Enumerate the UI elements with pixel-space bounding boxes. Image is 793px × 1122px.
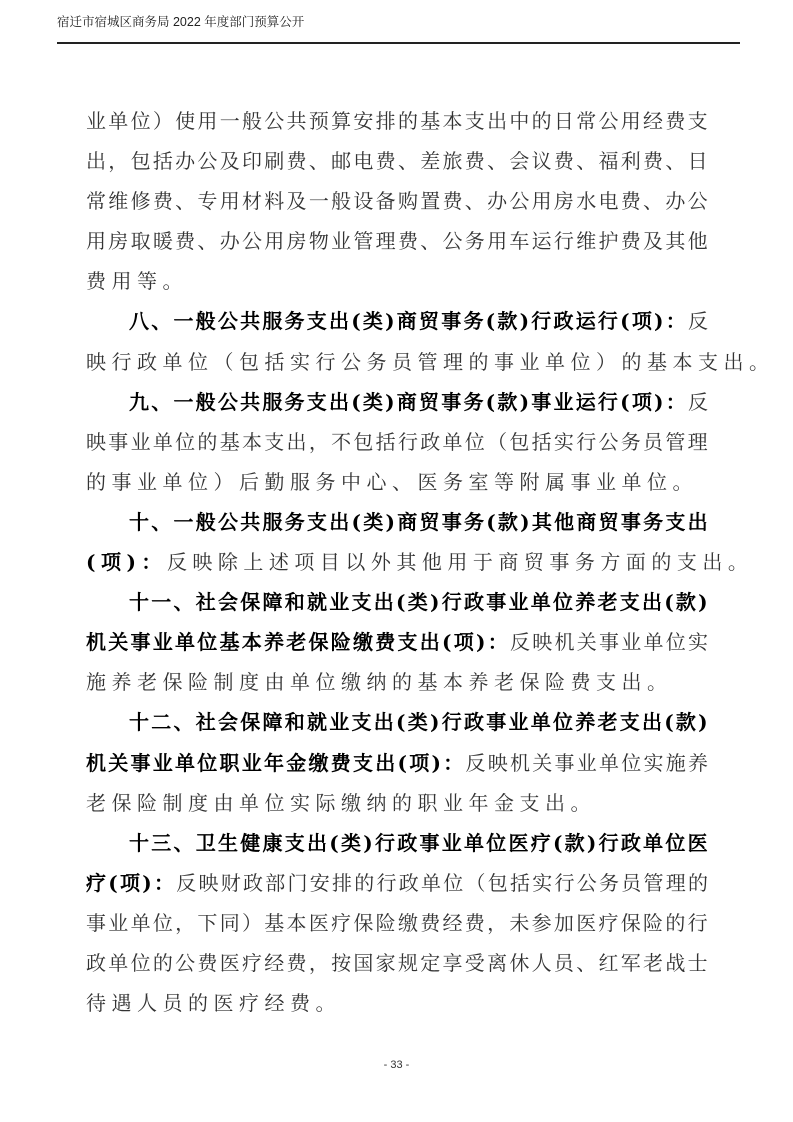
glyph: 养 xyxy=(575,582,595,622)
glyph: 排 xyxy=(376,101,396,141)
glyph: 就 xyxy=(307,582,327,622)
glyph: 、 xyxy=(576,141,596,181)
glyph: 出 xyxy=(86,141,106,181)
text-line: 政单位的公费医疗经费，按国家规定享受离休人员、红军老战士 xyxy=(86,943,708,983)
glyph: 业 xyxy=(331,221,351,261)
glyph: 、 xyxy=(398,141,418,181)
glyph: 设 xyxy=(353,181,373,221)
glyph: 会 xyxy=(509,141,529,181)
glyph: 单 xyxy=(108,943,128,983)
glyph: 家 xyxy=(376,943,396,983)
glyph: 下 xyxy=(197,903,217,943)
paragraph-item-13: 十三、卫生健康支出(类)行政事业单位医疗(款)行政单位医 疗(项)：反映财政部门… xyxy=(86,823,708,1023)
glyph: 本 xyxy=(287,903,307,943)
glyph: 务 xyxy=(285,502,305,542)
glyph: ) xyxy=(698,702,707,742)
glyph: 办 xyxy=(175,141,195,181)
glyph: 公 xyxy=(509,181,529,221)
glyph: 员 xyxy=(643,422,663,462)
glyph: 及 xyxy=(643,221,663,261)
glyph: 医 xyxy=(688,823,708,863)
glyph: ) xyxy=(520,382,529,422)
glyph: 日 xyxy=(688,141,708,181)
glyph: 用 xyxy=(197,101,217,141)
glyph: 务 xyxy=(285,301,305,341)
glyph: 位 xyxy=(443,863,463,903)
glyph: 单 xyxy=(643,823,663,863)
glyph: 缴 xyxy=(398,903,418,943)
glyph: 电 xyxy=(353,141,373,181)
glyph: 支 xyxy=(307,502,327,542)
glyph: 老 xyxy=(643,943,663,983)
glyph: 费 xyxy=(331,743,351,783)
glyph: 出 xyxy=(307,823,327,863)
glyph: 机 xyxy=(86,743,106,783)
glyph: 业 xyxy=(86,101,106,141)
text-line: (项)：反映除上述项目以外其他用于商贸事务方面的支出。 xyxy=(86,542,708,582)
glyph: 取 xyxy=(131,221,151,261)
glyph: 出 xyxy=(642,702,662,742)
glyph: 行 xyxy=(554,221,574,261)
glyph: 、 xyxy=(151,502,171,542)
text-line-content: 费用等。 xyxy=(86,269,188,293)
glyph: 项 xyxy=(409,743,429,783)
glyph: 服 xyxy=(262,301,282,341)
glyph: 同 xyxy=(220,903,240,943)
glyph: 出 xyxy=(487,101,507,141)
glyph: 事 xyxy=(441,382,461,422)
glyph: 公 xyxy=(197,141,217,181)
glyph: 费 xyxy=(420,903,440,943)
glyph: 位 xyxy=(486,823,506,863)
glyph: 行 xyxy=(598,301,618,341)
glyph: 金 xyxy=(286,743,306,783)
text-line: 机关事业单位职业年金缴费支出(项)：反映机关事业单位实施养 xyxy=(86,743,708,783)
glyph: 单 xyxy=(108,101,128,141)
glyph: 离 xyxy=(487,943,507,983)
glyph: 费 xyxy=(175,221,195,261)
glyph: 款 xyxy=(498,502,518,542)
glyph: 共 xyxy=(240,382,260,422)
glyph: 业 xyxy=(131,422,151,462)
item-description: 反映除上述项目以外其他用于商贸事务方面的支出。 xyxy=(167,550,754,574)
item-heading: (项)： xyxy=(86,550,167,574)
glyph: 医 xyxy=(309,903,329,943)
glyph: 士 xyxy=(688,943,708,983)
glyph: 项 xyxy=(632,301,652,341)
item-heading-line: 十三、卫生健康支出(类)行政事业单位医疗(款)行政单位医 xyxy=(86,823,708,863)
glyph: 行 xyxy=(376,863,396,903)
glyph: 单 xyxy=(131,903,151,943)
glyph: ( xyxy=(329,823,338,863)
glyph: 修 xyxy=(131,181,151,221)
glyph: 行 xyxy=(442,702,462,742)
glyph: 反 xyxy=(688,382,708,422)
glyph: 财 xyxy=(221,863,241,903)
glyph: 公 xyxy=(598,101,618,141)
glyph: 包 xyxy=(488,863,508,903)
glyph: 单 xyxy=(599,743,619,783)
glyph: 运 xyxy=(532,221,552,261)
glyph: 、 xyxy=(174,582,194,622)
glyph: 包 xyxy=(353,422,373,462)
glyph: ） xyxy=(242,903,262,943)
glyph: 的 xyxy=(398,101,418,141)
glyph: 未 xyxy=(509,903,529,943)
glyph: 和 xyxy=(285,702,305,742)
glyph: 出 xyxy=(329,502,349,542)
glyph: 备 xyxy=(376,181,396,221)
glyph: 出 xyxy=(420,622,440,662)
glyph: ， xyxy=(309,422,329,462)
glyph: 关 xyxy=(108,743,128,783)
glyph: 政 xyxy=(464,702,484,742)
glyph: 括 xyxy=(376,422,396,462)
glyph: 类 xyxy=(408,582,428,622)
glyph: 费 xyxy=(287,943,307,983)
glyph: 行 xyxy=(398,422,418,462)
glyph: 务 xyxy=(285,382,305,422)
glyph: 般 xyxy=(331,181,351,221)
glyph: 行 xyxy=(576,422,596,462)
glyph: 车 xyxy=(509,221,529,261)
glyph: 政 xyxy=(86,943,106,983)
glyph: 支 xyxy=(620,702,640,742)
glyph: 、 xyxy=(487,141,507,181)
glyph: 出 xyxy=(375,743,395,783)
glyph: 医 xyxy=(508,823,528,863)
glyph: 映 xyxy=(488,743,508,783)
glyph: 般 xyxy=(242,101,262,141)
glyph: 老 xyxy=(597,702,617,742)
glyph: ( xyxy=(351,301,360,341)
glyph: 机 xyxy=(554,622,574,662)
glyph: 差 xyxy=(420,141,440,181)
glyph: 出 xyxy=(688,502,708,542)
glyph: 费 xyxy=(621,221,641,261)
glyph: 险 xyxy=(643,903,663,943)
glyph: 事 xyxy=(419,823,439,863)
glyph: 位 xyxy=(175,422,195,462)
glyph: 支 xyxy=(620,582,640,622)
glyph: 业 xyxy=(577,743,597,783)
glyph: ) xyxy=(698,582,707,622)
glyph: 不 xyxy=(331,422,351,462)
glyph: 、 xyxy=(465,181,485,221)
glyph: 费 xyxy=(153,181,173,221)
glyph: ： xyxy=(443,743,463,783)
item-description: 待遇人员的医疗经费。 xyxy=(86,991,341,1015)
glyph: 十 xyxy=(129,582,149,622)
glyph: 政 xyxy=(397,823,417,863)
glyph: ( xyxy=(396,582,405,622)
text-line: 施养老保险制度由单位缴纳的基本养老保险费支出。 xyxy=(86,662,708,702)
glyph: 会 xyxy=(218,582,238,622)
glyph: 保 xyxy=(240,702,260,742)
glyph: 享 xyxy=(443,943,463,983)
glyph: 理 xyxy=(376,221,396,261)
glyph: 业 xyxy=(508,702,528,742)
glyph: 单 xyxy=(153,422,173,462)
glyph: ) xyxy=(142,863,151,903)
glyph: 位 xyxy=(553,702,573,742)
glyph: 费 xyxy=(465,141,485,181)
paragraph-item-12: 十二、社会保障和就业支出(类)行政事业单位养老支出(款) 机关事业单位职业年金缴… xyxy=(86,702,708,822)
glyph: 贸 xyxy=(419,502,439,542)
glyph: 、 xyxy=(197,221,217,261)
glyph: ) xyxy=(385,502,394,542)
glyph: 业 xyxy=(242,743,262,783)
glyph: 人 xyxy=(532,943,552,983)
glyph: ， xyxy=(175,903,195,943)
glyph: 费 xyxy=(398,221,418,261)
glyph: 管 xyxy=(643,863,663,903)
glyph: 施 xyxy=(666,743,686,783)
glyph: 机 xyxy=(86,622,106,662)
glyph: 参 xyxy=(532,903,552,943)
glyph: 位 xyxy=(197,622,217,662)
glyph: 政 xyxy=(243,863,263,903)
glyph: 支 xyxy=(264,422,284,462)
glyph: 购 xyxy=(398,181,418,221)
item-description: 老保险制度由单位实际缴纳的职业年金支出。 xyxy=(86,791,596,815)
glyph: 国 xyxy=(353,943,373,983)
item-heading-line: 十一、社会保障和就业支出(类)行政事业单位养老支出(款) xyxy=(86,582,708,622)
glyph: 缴 xyxy=(353,622,373,662)
glyph: 行 xyxy=(375,823,395,863)
item-heading-line: 九、一般公共服务支出(类)商贸事务(款)事业运行(项)：反 xyxy=(86,382,708,422)
glyph: 政 xyxy=(553,301,573,341)
glyph: 基 xyxy=(220,622,240,662)
glyph: 刷 xyxy=(264,141,284,181)
page-header: 宿迁市宿城区商务局 2022 年度部门预算公开 xyxy=(57,14,740,30)
glyph: 休 xyxy=(509,943,529,983)
glyph: 反 xyxy=(688,301,708,341)
glyph: 公 xyxy=(218,502,238,542)
glyph: 经 xyxy=(443,903,463,943)
glyph: 共 xyxy=(240,502,260,542)
glyph: 公 xyxy=(577,863,597,903)
glyph: ) xyxy=(654,301,663,341)
glyph: 公 xyxy=(443,221,463,261)
glyph: 务 xyxy=(464,502,484,542)
glyph: 运 xyxy=(576,301,596,341)
glyph: 共 xyxy=(240,301,260,341)
glyph: 反 xyxy=(510,622,530,662)
glyph: 生 xyxy=(218,823,238,863)
glyph: 位 xyxy=(553,582,573,622)
glyph: 反 xyxy=(176,863,196,903)
glyph: 本 xyxy=(242,622,262,662)
glyph: 位 xyxy=(153,903,173,943)
glyph: 加 xyxy=(554,903,574,943)
text-line: 用房取暖费、办公用房物业管理费、公务用车运行维护费及其他 xyxy=(86,221,708,261)
glyph: ) xyxy=(385,382,394,422)
glyph: 、 xyxy=(175,181,195,221)
glyph: 单 xyxy=(421,863,441,903)
glyph: 业 xyxy=(329,702,349,742)
glyph: 单 xyxy=(531,702,551,742)
glyph: 务 xyxy=(599,863,619,903)
glyph: 关 xyxy=(108,622,128,662)
glyph: 业 xyxy=(108,903,128,943)
glyph: 业 xyxy=(442,823,462,863)
glyph: 中 xyxy=(509,101,529,141)
glyph: 单 xyxy=(464,823,484,863)
paragraph-item-11: 十一、社会保障和就业支出(类)行政事业单位养老支出(款) 机关事业单位基本养老保… xyxy=(86,582,708,702)
glyph: 商 xyxy=(576,502,596,542)
glyph: 费 xyxy=(643,141,663,181)
glyph: 养 xyxy=(575,702,595,742)
document-header-title: 宿迁市宿城区商务局 2022 年度部门预算公开 xyxy=(57,14,740,30)
glyph: （ xyxy=(465,863,485,903)
glyph: 事 xyxy=(486,702,506,742)
text-line: 事业单位，下同）基本医疗保险缴费经费，未参加医疗保险的行 xyxy=(86,903,708,943)
text-line: 的事业单位）后勤服务中心、医务室等附属事业单位。 xyxy=(86,462,708,502)
glyph: 事 xyxy=(599,622,619,662)
glyph: 项 xyxy=(454,622,474,662)
page-number: - 33 - xyxy=(0,1059,793,1071)
glyph: 门 xyxy=(287,863,307,903)
glyph: 类 xyxy=(363,382,383,422)
glyph: 二 xyxy=(151,702,171,742)
paragraph-item-9: 九、一般公共服务支出(类)商贸事务(款)事业运行(项)：反 映事业单位的基本支出… xyxy=(86,382,708,502)
glyph: ( xyxy=(442,622,451,662)
glyph: 、 xyxy=(174,823,194,863)
glyph: 医 xyxy=(220,943,240,983)
header-divider xyxy=(57,42,740,44)
glyph: 暖 xyxy=(153,221,173,261)
glyph: ( xyxy=(620,301,629,341)
glyph: 出 xyxy=(287,422,307,462)
glyph: 业 xyxy=(153,622,173,662)
glyph: 一 xyxy=(174,502,194,542)
glyph: 位 xyxy=(621,743,641,783)
glyph: 公 xyxy=(175,943,195,983)
glyph: 行 xyxy=(598,382,618,422)
text-line: 常维修费、专用材料及一般设备购置费、办公用房水电费、办公 xyxy=(86,181,708,221)
glyph: 出 xyxy=(374,702,394,742)
glyph: 费 xyxy=(554,141,574,181)
glyph: 障 xyxy=(263,702,283,742)
glyph: （ xyxy=(487,422,507,462)
glyph: 类 xyxy=(363,301,383,341)
glyph: 一 xyxy=(151,582,171,622)
glyph: 事 xyxy=(442,502,462,542)
glyph: 出 xyxy=(642,582,662,622)
glyph: 公 xyxy=(688,181,708,221)
glyph: 养 xyxy=(264,622,284,662)
glyph: 预 xyxy=(309,101,329,141)
glyph: 、 xyxy=(309,141,329,181)
glyph: 位 xyxy=(197,743,217,783)
glyph: ( xyxy=(664,582,673,622)
glyph: ： xyxy=(666,301,686,341)
glyph: 费 xyxy=(375,622,395,662)
item-heading-line: 八、一般公共服务支出(类)商贸事务(款)行政运行(项)：反 xyxy=(86,301,708,341)
glyph: 公 xyxy=(242,221,262,261)
glyph: 常 xyxy=(86,181,106,221)
glyph: ) xyxy=(363,823,372,863)
glyph: 映 xyxy=(86,422,106,462)
glyph: ) xyxy=(430,702,439,742)
glyph: 受 xyxy=(465,943,485,983)
glyph: 公 xyxy=(264,101,284,141)
glyph: 包 xyxy=(131,141,151,181)
glyph: 用 xyxy=(220,181,240,221)
glyph: 类 xyxy=(363,502,383,542)
glyph: 疗 xyxy=(531,823,551,863)
glyph: 行 xyxy=(554,863,574,903)
glyph: ) xyxy=(587,823,596,863)
glyph: 规 xyxy=(398,943,418,983)
glyph: 房 xyxy=(287,221,307,261)
glyph: 事 xyxy=(531,382,551,422)
paragraph-item-10: 十、一般公共服务支出(类)商贸事务(款)其他商贸事务支出 (项)：反映除上述项目… xyxy=(86,502,708,582)
glyph: 费 xyxy=(665,101,685,141)
glyph: 实 xyxy=(554,422,574,462)
glyph: 实 xyxy=(532,863,552,903)
glyph: 缴 xyxy=(309,743,329,783)
glyph: 其 xyxy=(665,221,685,261)
glyph: 就 xyxy=(307,702,327,742)
glyph: 款 xyxy=(676,582,696,622)
glyph: 用 xyxy=(487,221,507,261)
glyph: 十 xyxy=(129,702,149,742)
glyph: ( xyxy=(553,823,562,863)
glyph: 费 xyxy=(443,181,463,221)
glyph: 保 xyxy=(353,903,373,943)
glyph: 费 xyxy=(287,141,307,181)
glyph: 费 xyxy=(621,181,641,221)
glyph: 排 xyxy=(332,863,352,903)
paragraph-item-8: 八、一般公共服务支出(类)商贸事务(款)行政运行(项)：反 映行政单位（包括实行… xyxy=(86,301,708,381)
glyph: 年 xyxy=(264,743,284,783)
glyph: 支 xyxy=(352,702,372,742)
glyph: 括 xyxy=(510,863,530,903)
glyph: 事 xyxy=(441,301,461,341)
glyph: 八 xyxy=(129,301,149,341)
glyph: 社 xyxy=(196,582,216,622)
glyph: 本 xyxy=(443,101,463,141)
glyph: 行 xyxy=(442,582,462,622)
glyph: ) xyxy=(430,582,439,622)
glyph: ( xyxy=(486,301,495,341)
glyph: 事 xyxy=(86,903,106,943)
glyph: 实 xyxy=(688,622,708,662)
glyph: ( xyxy=(396,702,405,742)
glyph: 公 xyxy=(218,382,238,422)
glyph: 保 xyxy=(621,903,641,943)
glyph: 出 xyxy=(329,301,349,341)
glyph: 一 xyxy=(220,101,240,141)
glyph: 员 xyxy=(621,863,641,903)
glyph: 、 xyxy=(174,702,194,742)
glyph: 卫 xyxy=(196,823,216,863)
glyph: 、 xyxy=(151,301,171,341)
glyph: 一 xyxy=(309,181,329,221)
glyph: 、 xyxy=(643,181,663,221)
glyph: 经 xyxy=(643,101,663,141)
glyph: 经 xyxy=(264,943,284,983)
glyph: 服 xyxy=(263,502,283,542)
glyph: 事 xyxy=(486,582,506,622)
glyph: 、 xyxy=(420,221,440,261)
glyph: 军 xyxy=(621,943,641,983)
glyph: 业 xyxy=(621,622,641,662)
glyph: 十 xyxy=(129,823,149,863)
glyph: 疗 xyxy=(598,903,618,943)
